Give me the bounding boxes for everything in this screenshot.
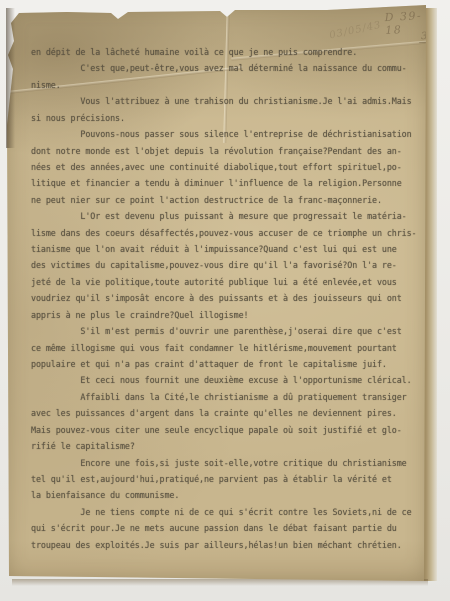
- typed-line: appris à ne plus le craindre?Quel illogi…: [31, 307, 423, 323]
- typed-line: nisme.: [31, 77, 423, 93]
- scan-background: D 39-18 03/05/43 3 en dépit de la lâchet…: [0, 0, 450, 601]
- typed-line: Mais pouvez-vous citer une seule encycli…: [31, 422, 423, 438]
- typed-line: Affaibli dans la Cité,le christianisme a…: [31, 389, 423, 405]
- typed-line: litique et financier a tendu à diminuer …: [31, 175, 423, 191]
- typed-line: C'est que,peut-être,vous avez mal déterm…: [31, 60, 423, 76]
- typed-line: nées et des années,avec une continuité d…: [31, 159, 423, 175]
- typed-line: voudriez qu'il s'imposât encore à des pu…: [31, 290, 423, 306]
- typed-line: Et ceci nous fournit une deuxième excuse…: [31, 372, 423, 388]
- typed-line: tianisme que l'on avait réduit à l'impui…: [31, 241, 423, 257]
- typed-line: ce même illogisme qui vous fait condamne…: [31, 340, 423, 356]
- typed-line: en dépit de la lâcheté humaine voilà ce …: [31, 44, 423, 60]
- typed-line: populaire et qui n'a pas craint d'attaqu…: [31, 356, 423, 372]
- typed-line: tel qu'il est,aujourd'hui,pratiqué,ne pa…: [31, 471, 423, 487]
- typed-line: la bienfaisance du communisme.: [31, 487, 423, 503]
- typed-line: troupeau des exploités.Je suis par aille…: [31, 537, 423, 553]
- typed-line: lisme dans des coeurs désaffectés,pouvez…: [31, 225, 423, 241]
- typed-line: jeté de la vie politique,toute autorité …: [31, 274, 423, 290]
- typed-line: rifié le capitalisme?: [31, 438, 423, 454]
- typed-line: Je ne tiens compte ni de ce qui s'écrit …: [31, 504, 423, 520]
- document-page: D 39-18 03/05/43 3 en dépit de la lâchet…: [7, 5, 426, 581]
- typed-line: dont notre monde est l'objet depuis la r…: [31, 143, 423, 159]
- typed-line: Encore une fois,si juste soit-elle,votre…: [31, 455, 423, 471]
- typed-line: si nous précisions.: [31, 110, 423, 126]
- typed-line: qui s'écrit pour.Je ne mets aucune passi…: [31, 520, 423, 536]
- typed-line: Pouvons-nous passer sous silence l'entre…: [31, 126, 423, 142]
- typed-line: des victimes du capitalisme,pouvez-vous …: [31, 257, 423, 273]
- typed-line: ne peut nier sur ce point l'action destr…: [31, 192, 423, 208]
- typed-line: Vous l'attribuez à une trahison du chris…: [31, 93, 423, 109]
- typed-line: L'Or est devenu plus puissant à mesure q…: [31, 208, 423, 224]
- typed-text-block: en dépit de la lâcheté humaine voilà ce …: [31, 44, 423, 553]
- typed-line: avec les puissances d'argent dans la cra…: [31, 405, 423, 421]
- typed-line: S'il m'est permis d'ouvrir une parenthès…: [31, 323, 423, 339]
- faint-date-note: 03/05/43: [328, 20, 382, 42]
